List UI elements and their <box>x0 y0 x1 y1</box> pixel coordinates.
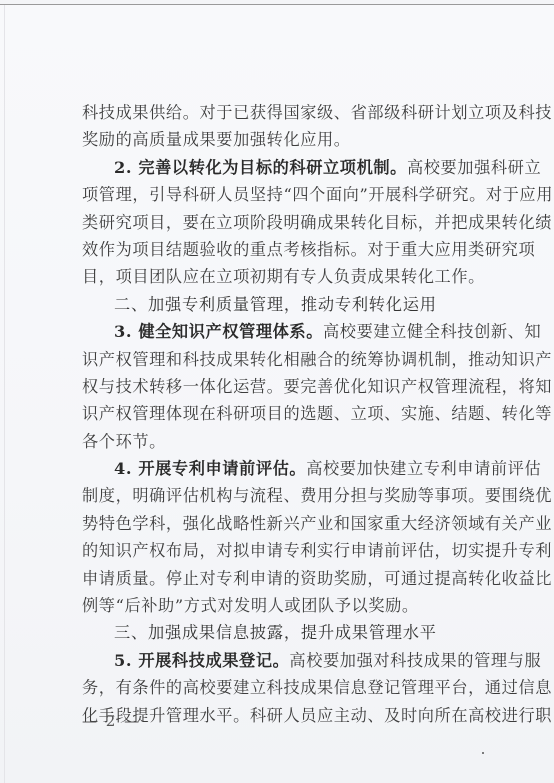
text-line: 目，项目团队应在立项初期有专人负责成果转化工作。 <box>82 263 482 290</box>
text-line: 效作为项目结题验收的重点考核指标。对于重大应用类研究项 <box>82 236 482 263</box>
text-run: 高校要加强对科技成果的管理与服 <box>289 651 541 670</box>
item-4-first-line: 4. 开展专利申请前评估。高校要加快建立专利申请前评估 <box>82 455 482 482</box>
item-5-first-line: 5. 开展科技成果登记。高校要加强对科技成果的管理与服 <box>82 647 482 674</box>
item-2-title: 2. 完善以转化为目标的科研立项机制。 <box>114 158 407 177</box>
text-line: 化手段提升管理水平。科研人员应主动、及时向所在高校进行职 <box>82 702 482 729</box>
document-page: 科技成果供给。对于已获得国家级、省部级科研计划立项及科技 奖励的高质量成果要加强… <box>0 4 554 783</box>
section-heading-3: 三、加强成果信息披露，提升成果管理水平 <box>82 619 482 646</box>
scan-speck <box>482 752 484 754</box>
page-number: — 2 — <box>82 712 141 730</box>
text-line: 识产权管理和科技成果转化相融合的统筹协调机制，推动知识产 <box>82 346 482 373</box>
text-line: 制度，明确评估机构与流程、费用分担与奖励等事项。要围绕优 <box>82 482 482 509</box>
text-line: 申请质量。停止对专利申请的资助奖励，可通过提高转化收益比 <box>82 565 482 592</box>
text-line: 奖励的高质量成果要加强转化应用。 <box>82 126 482 153</box>
text-line: 权与技术转移一体化运营。要完善优化知识产权管理流程，将知 <box>82 373 482 400</box>
text-line: 科技成果供给。对于已获得国家级、省部级科研计划立项及科技 <box>82 99 482 126</box>
text-run: 高校要加快建立专利申请前评估 <box>306 459 541 478</box>
text-run: 高校要建立健全科技创新、知 <box>323 322 541 341</box>
item-3-title: 3. 健全知识产权管理体系。 <box>114 322 323 341</box>
item-2-first-line: 2. 完善以转化为目标的科研立项机制。高校要加强科研立 <box>82 154 482 181</box>
body-text: 科技成果供给。对于已获得国家级、省部级科研计划立项及科技 奖励的高质量成果要加强… <box>82 99 482 729</box>
text-line: 项管理，引导科研人员坚持“四个面向”开展科学研究。对于应用 <box>82 181 482 208</box>
text-line: 各个环节。 <box>82 428 482 455</box>
item-4-title: 4. 开展专利申请前评估。 <box>114 459 306 478</box>
item-3-first-line: 3. 健全知识产权管理体系。高校要建立健全科技创新、知 <box>82 318 482 345</box>
section-heading-2: 二、加强专利质量管理，推动专利转化运用 <box>82 291 482 318</box>
text-run: 高校要加强科研立 <box>407 158 541 177</box>
text-line: 识产权管理体现在科研项目的选题、立项、实施、结题、转化等 <box>82 400 482 427</box>
text-line: 例等“后补助”方式对发明人或团队予以奖励。 <box>82 592 482 619</box>
text-line: 类研究项目，要在立项阶段明确成果转化目标，并把成果转化绩 <box>82 209 482 236</box>
text-line: 的知识产权布局，对拟申请专利实行申请前评估，切实提升专利 <box>82 537 482 564</box>
text-line: 势特色学科，强化战略性新兴产业和国家重大经济领域有关产业 <box>82 510 482 537</box>
item-5-title: 5. 开展科技成果登记。 <box>114 651 289 670</box>
text-line: 务，有条件的高校要建立科技成果信息登记管理平台，通过信息 <box>82 674 482 701</box>
